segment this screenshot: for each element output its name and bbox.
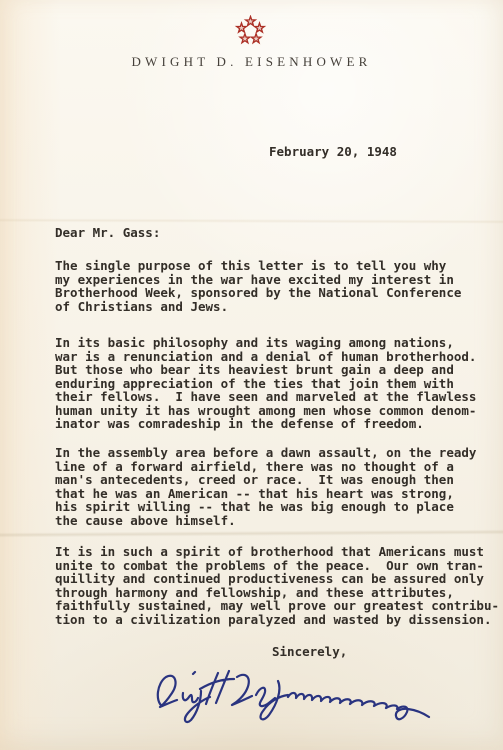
paragraph-1: The single purpose of this letter is to … [55,259,461,313]
paragraph-4: It is in such a spirit of brotherhood th… [55,545,499,626]
fold-crease-bottom [0,529,503,537]
paragraph-2: In its basic philosophy and its waging a… [55,336,476,431]
five-star-emblem-icon [233,15,269,49]
salutation: Dear Mr. Gass: [55,226,160,240]
signature-dwight-d-eisenhower [138,652,448,737]
date-line: February 20, 1948 [269,145,397,159]
paragraph-3: In the assembly area before a dawn assau… [55,446,476,527]
letterhead-name: DWIGHT D. EISENHOWER [0,54,503,70]
fold-crease-top [0,218,503,224]
letter-page: DWIGHT D. EISENHOWER February 20, 1948 D… [0,0,503,750]
